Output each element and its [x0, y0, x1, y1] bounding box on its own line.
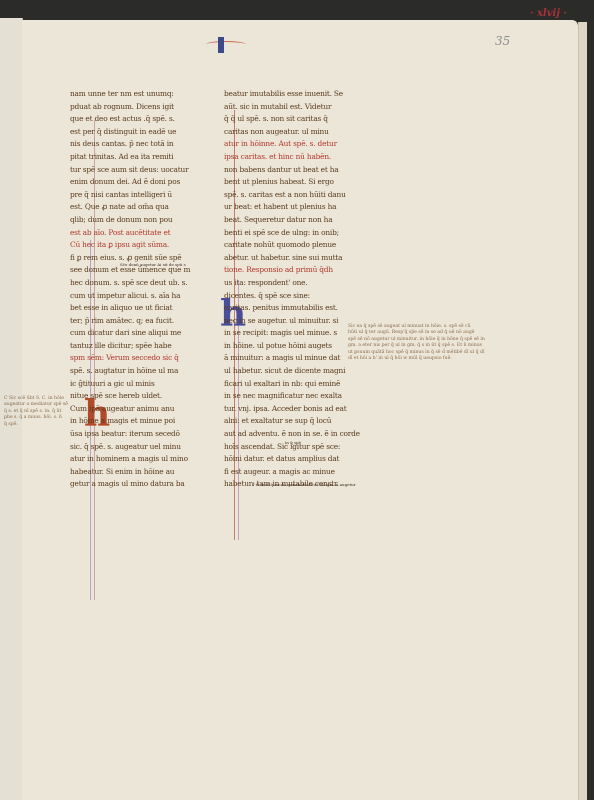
text-line: atur in hominem a magis ul mino [70, 453, 210, 466]
flourish-decoration [206, 41, 246, 48]
text-line: ic ĝtituuri a gic ul minis [70, 378, 210, 391]
text-line: bet esse in aliquo ue ut ficiat [70, 302, 210, 315]
text-line: spē. s. augtatur in hōine ul ma [70, 365, 210, 378]
text-line: habeatur. Si enim in hōine au [70, 466, 210, 479]
text-line: us ita: respondent' one. [224, 277, 366, 290]
incipit-initial [206, 37, 246, 51]
gloss-line: ꝑhe s. q̄ a muus. hōi. s. n̄ [4, 415, 68, 421]
text-line: abetur. ut habetur. sine sui mutta [224, 252, 366, 265]
text-line: ipsa caritas. et hinc nū habēn. [224, 151, 366, 164]
text-line: q̄ q̄ ul spē. s. non sit caritas q̄ [224, 113, 366, 126]
blue-initial-i [218, 37, 224, 53]
text-line: enim donum dei. Ad ẽ doni pos [70, 176, 210, 189]
text-line: beatur imutabilis esse inuenit. Se [224, 88, 366, 101]
text-line: spm sēm: Verum seccedo sic q̄ [70, 352, 210, 365]
text-line: pitat trinitas. Ad ea ita remiti [70, 151, 210, 164]
text-line: nam unne ter nm est unumq: [70, 88, 210, 101]
text-line: in hōine a magis et minue poi [70, 415, 210, 428]
page-fore-edge [578, 22, 587, 800]
text-line: in hōine. ul potue hōini augets [224, 340, 366, 353]
pencil-folio-number: 35 [495, 34, 510, 48]
text-line: non babens dantur ut beat et ha [224, 164, 366, 177]
text-line: benti ei spē sce de ulng: in onib; [224, 227, 366, 240]
text-line: caritate nohūt quomodo plenue [224, 239, 366, 252]
text-line: alni: et exaltatur se sup q̄ locū [224, 415, 366, 428]
gloss-line: q̄ spē. [4, 422, 68, 428]
gloss-line: gm. a eter nis per q̄ ul in gm. q̄ s in … [348, 343, 485, 349]
text-column-b: beatur imutabilis esse inuenit. Seaūt. s… [224, 88, 366, 491]
text-line: est per q̄ distinguit in eadē ue [70, 126, 210, 139]
interlinear-note: in q̄ spē [285, 440, 301, 445]
folio-number: · xlvij · [530, 8, 567, 19]
text-line: in se recipit: magis uel minue. s [224, 327, 366, 340]
text-line: est ab aīo. Post aucētitate et [70, 227, 210, 240]
text-line: ur beat: et habent ut plenius ha [224, 201, 366, 214]
text-line: caritas non augeatur. ul minu [224, 126, 366, 139]
text-line: dicentes. q̄ spē sce sine: [224, 290, 366, 303]
text-line: tantuz ille dicitur; spēe habe [70, 340, 210, 353]
text-line: ficari ul exaltari in nb: qui eminē [224, 378, 366, 391]
gloss-line: dī et hōi a h' in ul q̄ hōi w mūl q̄ ueu… [348, 356, 485, 362]
text-line: pre q̄ nisi cantas intelligeri ū [70, 189, 210, 202]
interlinear-note: Sc̄e donū augetur Ai sit de spū s [120, 262, 186, 267]
text-line: caritas. penitus immutabilis est. [224, 302, 366, 315]
text-line: getur a magis ul mino datura ba [70, 478, 210, 491]
text-column-a: nam unne ter nm est unumq:pduat ab rognu… [70, 88, 210, 491]
text-line: ul habetur. sicut de dicente magni [224, 365, 366, 378]
text-line: tione. Responsio ad primū q̄dh [224, 264, 366, 277]
text-line: tur. vnj. ipsa. Acceder bonis ad eat [224, 403, 366, 416]
text-line: est. Que ꝓ nate ad om̄a qua [70, 201, 210, 214]
text-line: in se nec magnificatur nec exalta [224, 390, 366, 403]
text-line: spē. s. caritas est a non hūiti danu [224, 189, 366, 202]
text-line: nitue spē sce hereb uldet. [70, 390, 210, 403]
gloss-line: augeatur a mediatur spē sē [4, 402, 68, 408]
interlinear-note: Ꝑ Ꝋ auēl q̄ modis geneuōtū dicat mō gm i… [252, 482, 356, 487]
text-line: hōini datur. et datus amplius dat [224, 453, 366, 466]
text-line: atur in hōinne. Aut spē. s. detur [224, 138, 366, 151]
text-line: que et deo est actus .q̄ spē. s. [70, 113, 210, 126]
text-line: ā minuitur: a magis ul minue dat [224, 352, 366, 365]
text-line: qlib; dum de donum non pou [70, 214, 210, 227]
text-line: bent ut plenius habeat. Si ergo [224, 176, 366, 189]
text-line: aūt. sic in mutabil est. Videtur [224, 101, 366, 114]
text-line: fi est augeur. a magis ac minue [224, 466, 366, 479]
text-line: cum dicatur dari sine aliqui me [70, 327, 210, 340]
text-line: nec in se augetur. ul minuitur. si [224, 315, 366, 328]
text-line: hec donum. s. spē sce deut ub. s. [70, 277, 210, 290]
text-line: Cum ipā augeatur animu anu [70, 403, 210, 416]
text-line: aut ad adventu. ẽ non in se. ẽ in corde [224, 428, 366, 441]
marginal-gloss-right: Sic ea q̄ spē sē augeat ul minuat in hōi… [348, 324, 485, 362]
text-line: sic. q̄ spē. s. augeatur uel minu [70, 441, 210, 454]
gloss-line: hūti ul q̄ ter augū. Resp'q̄ sp̄e sē in … [348, 330, 485, 336]
text-line: ūsa ipsa beatur: iterum secedō [70, 428, 210, 441]
marginal-gloss-left: C Sic scē ūbt S. C. in hōieaugeatur a me… [4, 396, 68, 428]
text-line: Cū hec ita ꝑ ipsu agit sūma. [70, 239, 210, 252]
text-line: beat. Sequeretur datur non ha [224, 214, 366, 227]
text-line: pduat ab rognum. Dicens igit [70, 101, 210, 114]
text-line: tur spē sce aum sit deus: uocatur [70, 164, 210, 177]
text-line: nis deus cantas. p̄ nec totā in [70, 138, 210, 151]
text-line: cum ut impetur alicui. s. aīa ha [70, 290, 210, 303]
text-line: ter; p̄ rim amātec. q; ea fucit. [70, 315, 210, 328]
